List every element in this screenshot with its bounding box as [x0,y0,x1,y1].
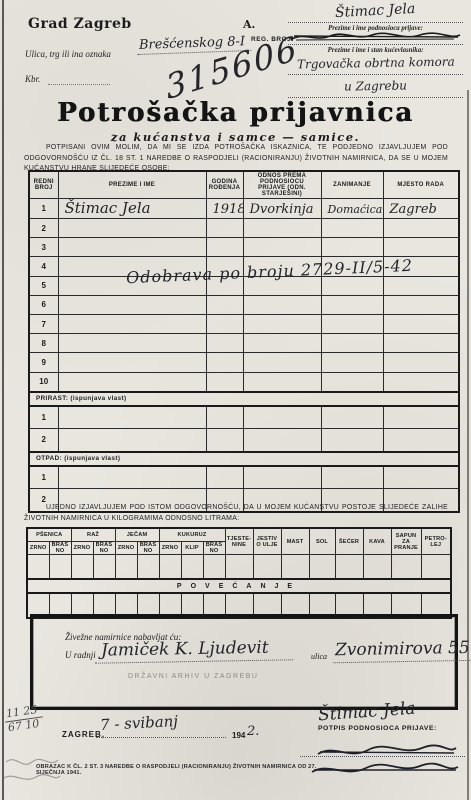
cell [243,334,321,353]
otpad-band-cell: OTPAD: (ispunjava vlast) [29,452,459,466]
cell [383,295,459,314]
povecanje-label: POVEĆANJE [27,579,451,593]
cell [243,219,321,238]
house-number-line [48,84,110,85]
form-header: Grad Zagreb A. REG. BROJ: 315606 Ulica, … [0,0,471,96]
cell [206,219,243,238]
prirast-band: PRIRAST: (ispunjava vlast) [29,392,459,406]
cell [383,466,459,489]
cell [159,555,181,580]
col-header-odnos: ODNOS PREMA PODNOSIOCU PRIJAVE (ODN. STA… [243,171,321,199]
footer-cluster: 11 25 67 10 ZAGREB, 7 - svibanj 194 2. Š… [0,704,471,800]
table-row: 6 [29,295,459,314]
cell-name: Štimac Jela [58,199,206,219]
sub-zrno: ZRNO [159,542,181,555]
owner-city-handwritten: u Zagrebu [344,78,407,93]
cell [383,353,459,372]
household-table-wrap: REDNI BROJ PREZIME I IME GODINA ROĐENJA … [28,170,458,513]
cell [383,276,459,295]
col-kava: KAVA [363,528,391,555]
row-number: 8 [29,334,58,353]
cell [58,466,206,489]
row-number: 3 [29,238,58,257]
col-sapun: SAPUN ZA PRANJE [391,528,421,555]
table-row: 2 [29,219,459,238]
occupation-handwritten: Domaćica [322,203,383,216]
cell [58,257,206,276]
cell [58,429,206,452]
pencil-marginalia: 11 25 67 10 [3,704,44,735]
household-table: REDNI BROJ PREZIME I IME GODINA ROĐENJA … [28,170,460,513]
cell [321,429,383,452]
cell-occupation: Domaćica [321,199,383,219]
table-row: 4 [29,257,459,276]
city-title: Grad Zagreb [28,16,132,32]
row-number: 9 [29,353,58,372]
table-row: 7 [29,314,459,333]
prirast-label: PRIRAST: (ispunjava vlast) [30,395,458,402]
cell [206,429,243,452]
cell [243,276,321,295]
col-jestivo-ulje: JESTIVO ULJE [253,528,281,555]
cell [321,314,383,333]
row-number: 2 [29,429,58,452]
form-footnote: OBRAZAC K ČL. 2 ST. 3 NAREDBE O RASPODJE… [36,764,336,776]
cell [321,238,383,257]
owner-name-handwritten: Trgovačka obrtna komora [297,55,455,72]
sub-brasno: BRAŠNO [203,542,225,555]
shop-street-handwritten: Zvonimirova 55 [333,638,471,664]
cell [203,555,225,580]
cell [383,406,459,429]
row-number: 4 [29,257,58,276]
col-mast: MAST [281,528,309,555]
cell [58,295,206,314]
relation-handwritten: Dvorkinja [244,202,314,217]
col-header-zanimanje: ZANIMANJE [321,171,383,199]
cell [321,334,383,353]
archive-stamp: DRŽAVNI ARHIV U ZAGREBU [128,673,258,680]
table-row: 9 [29,353,459,372]
sub-brasno: BRAŠNO [137,542,159,555]
cell [383,257,459,276]
workplace-handwritten: Zagreb [384,202,437,217]
cell [383,429,459,452]
sub-klip: KLIP [181,542,203,555]
form-title: Potrošačka prijavnica [0,98,471,128]
cell [58,372,206,392]
shop-declaration-box: Živežne namirnice nabavljat ću: U radnji… [30,614,458,710]
table-row: 1 Štimac Jela 1918 Dvorkinja Domaćica Za… [29,199,459,219]
col-header-prezime: PREZIME I IME [58,171,206,199]
shop-ulica-label: ulica [311,652,327,661]
cell [243,372,321,392]
cell [93,555,115,580]
declaration-paragraph-2: UJEDNO IZJAVLJUJEM POD ISTOM ODGOVORNOŠĆ… [24,503,448,524]
dotted-line [288,73,463,75]
cell [253,555,281,580]
table-row: 8 [29,334,459,353]
group-raz: RAŽ [71,528,115,542]
row-number: 10 [29,372,58,392]
cell [206,238,243,257]
cell [243,295,321,314]
cell [58,314,206,333]
cell [383,372,459,392]
cell [58,219,206,238]
cell [391,555,421,580]
cell [58,276,206,295]
year-printed: 194 [232,731,245,740]
cell [58,353,206,372]
row-number: 6 [29,295,58,314]
applicant-block: Štimac Jela Prezime i ime podnosioca pri… [288,2,463,100]
table-row: 3 [29,238,459,257]
group-psenica: PŠENICA [27,528,71,542]
street-field: Ulica, trg ili ina oznaka Brešćenskog 8-… [25,44,275,62]
cell [206,406,243,429]
dotted-line [288,43,463,45]
stock-table-wrap: PŠENICA RAŽ JEČAM KUKURUZ TJESTE-NINE JE… [26,527,450,619]
owner-label: Prezime i ime i stan kućevlasnika: [288,47,463,54]
applicant-name-handwritten: Štimac Jela [335,1,416,21]
cell [225,555,253,580]
cell [243,238,321,257]
table-row: 10 [29,372,459,392]
dotted-line [288,21,463,23]
row-number: 7 [29,314,58,333]
sub-brasno: BRAŠNO [49,542,71,555]
otpad-label: OTPAD: (ispunjava vlast) [30,455,458,462]
row-number: 2 [29,219,58,238]
row-number: 1 [29,406,58,429]
name-handwritten: Štimac Jela [59,199,151,217]
date-handwritten: 7 - svibanj [100,712,179,734]
cell [321,276,383,295]
povecanje-band: POVEĆANJE [27,579,451,593]
cell [115,555,137,580]
stock-table: PŠENICA RAŽ JEČAM KUKURUZ TJESTE-NINE JE… [26,527,452,619]
cell [206,295,243,314]
scanned-form-page: { "header": { "city": "Grad Zagreb", "le… [0,0,471,800]
cell [383,219,459,238]
cell [206,276,243,295]
cell [321,219,383,238]
cell [27,555,49,580]
row-number: 5 [29,276,58,295]
cell [71,555,93,580]
cell [363,555,391,580]
cell-relation: Dvorkinja [243,199,321,219]
cell [281,555,309,580]
prirast-row: 1 [29,406,459,429]
cell [181,555,203,580]
cell [58,334,206,353]
sub-zrno: ZRNO [71,542,93,555]
group-kukuruz: KUKURUZ [159,528,225,542]
cell [321,257,383,276]
shop-radnji-label: U radnji [65,650,96,660]
col-sol: SOL [309,528,335,555]
col-header-mjesto: MJESTO RADA [383,171,459,199]
cell [206,466,243,489]
cell [321,406,383,429]
col-secer: ŠEĆER [335,528,363,555]
header-row: REDNI BROJ PREZIME I IME GODINA ROĐENJA … [29,171,459,199]
cell [383,314,459,333]
prirast-band-cell: PRIRAST: (ispunjava vlast) [29,392,459,406]
row-number: 1 [29,199,58,219]
row-number: 1 [29,466,58,489]
cell [383,238,459,257]
cell [206,334,243,353]
pencil-bottom-number: 67 10 [5,717,44,734]
prirast-row: 2 [29,429,459,452]
cell [206,372,243,392]
cell-year: 1918 [206,199,243,219]
cell [206,257,243,276]
cell [243,353,321,372]
form-subtitle: za kućanstva i samce — samice. [0,130,471,144]
group-jecam: JEČAM [115,528,159,542]
stock-group-header-row: PŠENICA RAŽ JEČAM KUKURUZ TJESTE-NINE JE… [27,528,451,542]
cell [58,406,206,429]
cell [137,555,159,580]
col-header-rednibroj: REDNI BROJ [29,171,58,199]
cell [421,555,451,580]
street-label: Ulica, trg ili ina oznaka [25,49,111,59]
cell [243,314,321,333]
cell [58,238,206,257]
cell [335,555,363,580]
cell [321,466,383,489]
cell [243,257,321,276]
table-row: 5 [29,276,459,295]
cell [321,353,383,372]
otpad-band: OTPAD: (ispunjava vlast) [29,452,459,466]
signature-label: POTPIS PODNOSIOCA PRIJAVE: [318,725,437,732]
scan-edge-right [467,90,469,800]
cell [243,429,321,452]
sub-zrno: ZRNO [27,542,49,555]
cell [206,353,243,372]
cell-workplace: Zagreb [383,199,459,219]
year-handwritten: 1918 [207,202,244,217]
col-petrolej: PETRO-LEJ [421,528,451,555]
otpad-row: 1 [29,466,459,489]
cell [49,555,71,580]
cell [309,555,335,580]
shop-name-handwritten: Jamiček K. Ljudevit [95,637,293,663]
sub-brasno: BRAŠNO [93,542,115,555]
form-letter: A. [243,18,255,31]
cell [206,314,243,333]
street-value-handwritten: Brešćenskog 8-I [137,34,252,55]
sub-zrno: ZRNO [115,542,137,555]
date-dotted-line [96,737,226,738]
col-tjestenine: TJESTE-NINE [225,528,253,555]
cell [321,295,383,314]
year-handwritten: 2. [247,724,259,739]
cell [243,406,321,429]
stock-empty-row [27,555,451,580]
col-header-godina: GODINA ROĐENJA [206,171,243,199]
cell [383,334,459,353]
title-block: Potrošačka prijavnica za kućanstva i sam… [0,98,471,144]
house-number-label: Kbr. [25,74,40,84]
cell [243,466,321,489]
cell [321,372,383,392]
